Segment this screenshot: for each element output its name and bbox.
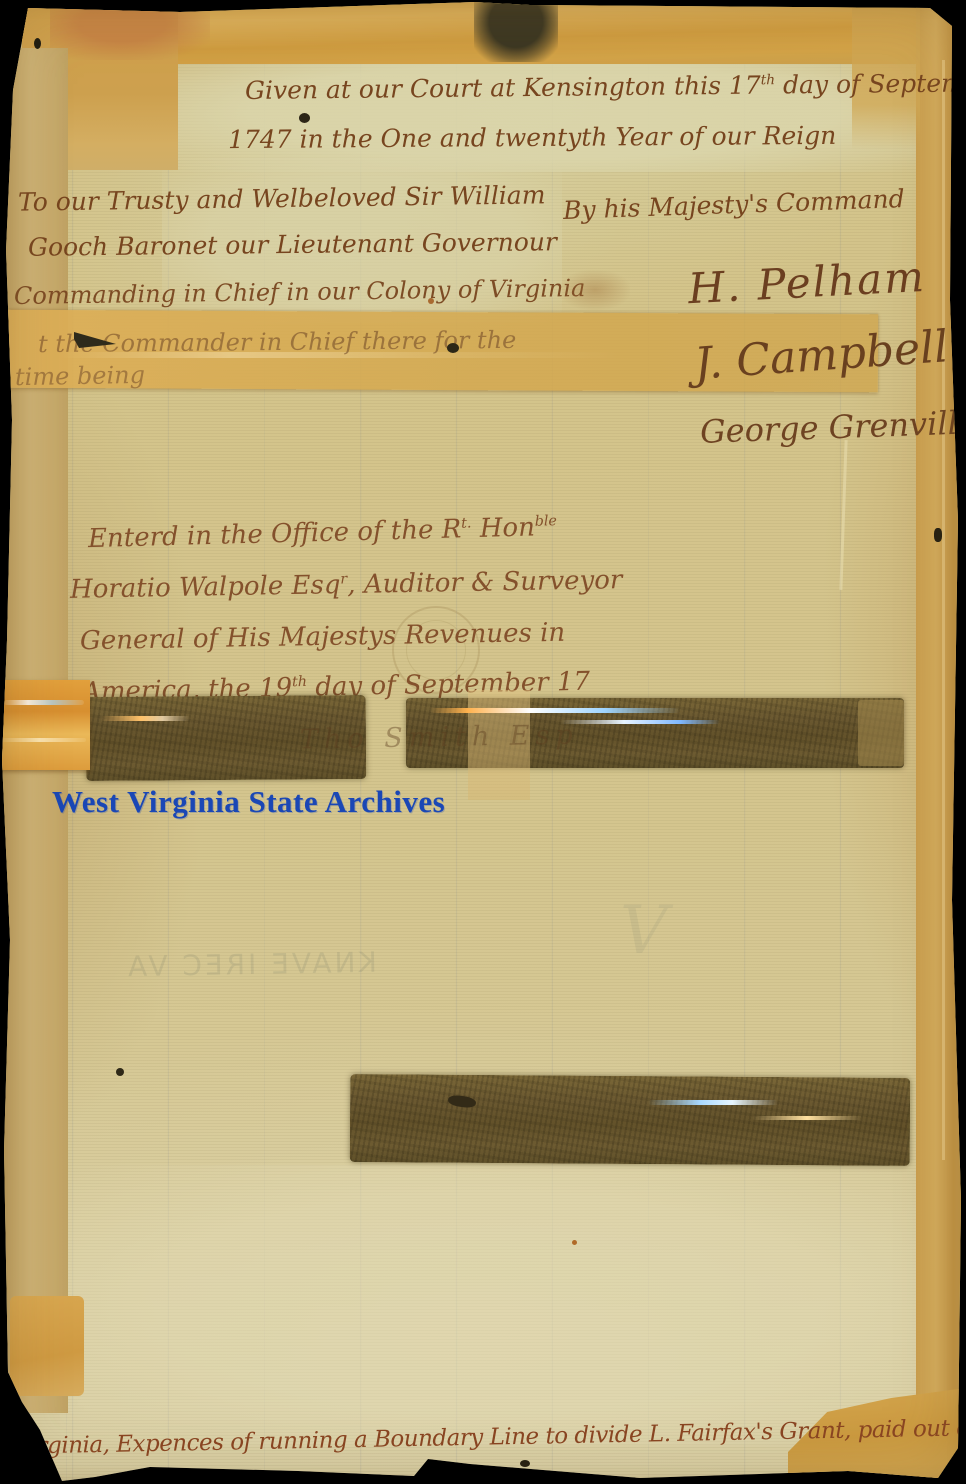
- salutation-line-5: time being: [15, 361, 145, 391]
- entry-line-4-ordinal: th: [292, 674, 307, 690]
- signature-pelham: H. Pelham: [687, 252, 927, 313]
- tape-left-column: [0, 48, 68, 1413]
- tape-mid-band-shine: [60, 352, 620, 358]
- byline-majestys-command: By his Majesty's Command: [563, 184, 905, 225]
- adhesive-strip-lower: [350, 1074, 911, 1166]
- tape-shiny-left-highlight-2: [2, 738, 86, 742]
- paper-light-patch-top: [165, 50, 925, 172]
- archive-watermark: West Virginia State Archives: [52, 784, 445, 820]
- speck-bottom-centre: [520, 1460, 530, 1467]
- adhesive-strip-right: [406, 698, 904, 768]
- stain-chief-smudge: [560, 270, 630, 310]
- tape-right-column: [916, 0, 966, 1484]
- entry-line-1-hon: Hon: [471, 512, 535, 544]
- iridescent-streak-2: [560, 720, 720, 724]
- paper-light-patch-bottom: [60, 1165, 920, 1445]
- stain-top-left-orange: [50, 0, 210, 60]
- entry-line-2-sup: r: [340, 571, 347, 587]
- embossed-seal-mark: [392, 606, 480, 694]
- docket-line: Virginia, Expences of running a Boundary…: [14, 1414, 966, 1459]
- signature-campbell: J. Campbell: [693, 321, 950, 390]
- bleedthrough-mirror-text: KNAVE IREC VA: [125, 946, 377, 983]
- tape-right-seam-line: [942, 60, 945, 1160]
- photographed-manuscript: KNAVE IREC VA V Given at our Court at Ke…: [0, 0, 966, 1484]
- entry-line-4-rest: day of September 17: [307, 667, 591, 703]
- speck-top-left: [34, 38, 41, 49]
- adhesive-strip-left: [86, 695, 367, 781]
- speck-orange-1: [572, 1240, 577, 1245]
- tape-right-upper-patch: [852, 0, 920, 150]
- entry-line-4-text: America, the 19: [82, 673, 293, 707]
- salutation-line-1: To our Trusty and Welbeloved Sir William: [18, 180, 546, 216]
- signature-grenville: George Grenville: [699, 403, 966, 451]
- stain-dark-blob-top: [474, 0, 558, 62]
- salutation-line-2: Gooch Baronet our Lieutenant Governour: [28, 227, 557, 262]
- speck-orange-2: [428, 298, 434, 304]
- dark-flag-mark: [74, 328, 116, 348]
- speck-strip-left: [116, 1068, 124, 1076]
- iridescent-streak-lower-blue: [648, 1100, 778, 1105]
- iridescent-streak-3: [100, 716, 190, 721]
- iridescent-streak-lower-amber: [752, 1116, 862, 1120]
- issuance-line-1-ordinal: th: [761, 72, 776, 88]
- entry-line-3: General of His Majestys Revenues in: [80, 618, 566, 656]
- salutation-line-4: t the Commander in Chief there for the: [38, 326, 517, 358]
- tape-cross-piece: [468, 690, 530, 800]
- crease-highlight-right: [839, 440, 847, 590]
- issuance-line-2: 1747 in the One and twentyth Year of our…: [228, 121, 837, 154]
- tape-shiny-left: [0, 680, 90, 770]
- tape-top-left-extension: [22, 0, 178, 170]
- tape-top-band: [22, 0, 940, 64]
- tape-bottom-left-patch: [10, 1296, 84, 1396]
- entry-line-1: Enterd in the Office of the Rt. Honble: [88, 512, 558, 554]
- entry-line-2: Horatio Walpole Esqr, Auditor & Surveyor: [70, 565, 623, 605]
- entry-faint-signature: Tho Smith Esp: [300, 720, 579, 756]
- tape-bottom-right-patch: [788, 1380, 966, 1480]
- entry-line-2-rest: , Auditor & Surveyor: [347, 565, 623, 600]
- iridescent-streak-1: [430, 708, 680, 713]
- tape-shiny-left-highlight-1: [4, 700, 84, 705]
- ink-blot-1747: [299, 113, 310, 123]
- bleedthrough-large-letter: V: [620, 892, 668, 969]
- entry-line-1-text: Enterd in the Office of the R: [88, 514, 462, 554]
- manuscript-page: KNAVE IREC VA V Given at our Court at Ke…: [0, 0, 966, 1484]
- entry-line-1-sup-ble: ble: [535, 513, 558, 530]
- issuance-line-1-text: Given at our Court at Kensington this 17: [245, 71, 761, 105]
- issuance-line-1: Given at our Court at Kensington this 17…: [245, 68, 966, 105]
- adhesive-strip-right-light-end: [858, 700, 904, 766]
- speck-strip-lower: [447, 1094, 476, 1109]
- salutation-line-3: Commanding in Chief in our Colony of Vir…: [14, 274, 586, 310]
- entry-line-1-sup-rt: t.: [461, 515, 472, 531]
- issuance-line-1-rest: day of September: [775, 68, 966, 99]
- speck-right-edge: [934, 528, 942, 542]
- entry-line-2-text: Horatio Walpole Esq: [70, 570, 341, 605]
- paper-light-patch-upper-left: [162, 158, 562, 323]
- entry-line-4: America, the 19th day of September 17: [82, 667, 591, 708]
- tape-mid-band: [0, 310, 878, 393]
- speck-band: [447, 343, 459, 353]
